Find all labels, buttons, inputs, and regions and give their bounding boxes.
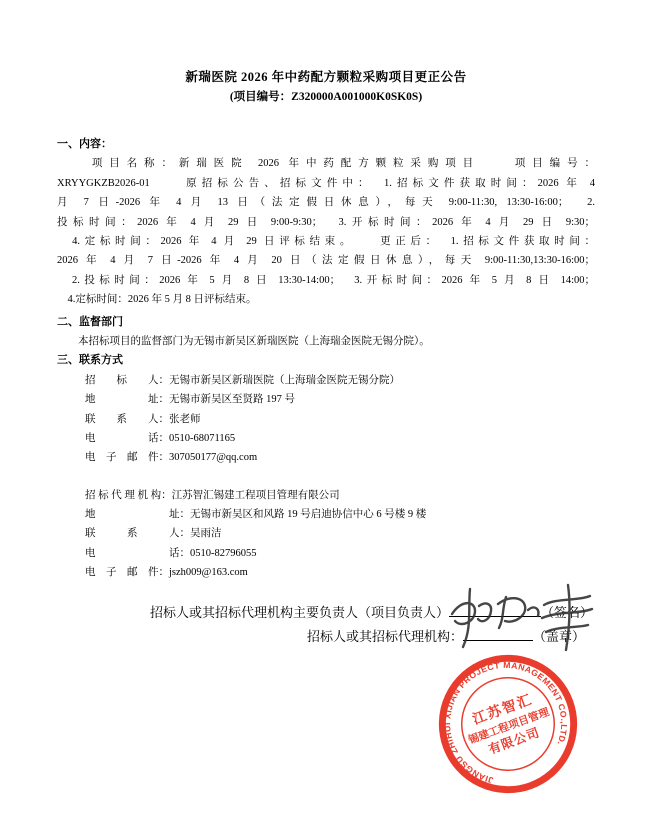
agency-email: jszh009@163.com — [169, 567, 248, 578]
agency-phone: 0510-82796055 — [190, 548, 257, 559]
document-page: 新瑞医院 2026 年中药配方颗粒采购项目更正公告 (项目编号：Z320000A… — [0, 0, 652, 830]
supervision-text: 本招标项目的监督部门为无锡市新吴区新瑞医院（上海瑞金医院无锡分院）。 — [57, 332, 595, 351]
stamp-line-text: 招标人或其招标代理机构： — [307, 629, 463, 644]
row-label: 联 系 人： — [85, 414, 169, 425]
tenderer-name: 无锡市新吴区新瑞医院（上海瑞金医院无锡分院） — [169, 375, 400, 386]
contact-row-address: 地 址：无锡市新吴区至贤路 197 号 — [85, 390, 595, 409]
responsible-person-sign-line: 招标人或其招标代理机构主要负责人（项目负责人）（签名） — [150, 604, 593, 621]
section-heading-supervision: 二、监督部门 — [57, 313, 595, 332]
paragraph-line: 项目名称：新瑞医院 2026 年中药配方颗粒采购项目 项目编号： — [57, 154, 595, 173]
section-heading-content: 一、内容： — [57, 135, 595, 154]
company-seal: JIANGSU ZHIHUI XIJIAN PROJECT MANAGEMENT… — [434, 650, 582, 798]
tenderer-contact-person: 张老师 — [169, 414, 201, 425]
row-label: 地 址： — [85, 509, 190, 520]
row-label: 电 子 邮 件： — [85, 567, 169, 578]
tenderer-address: 无锡市新吴区至贤路 197 号 — [169, 394, 295, 405]
paragraph-line: 月 7 日-2026 年 4 月 13 日（法定假日休息），每天 9:00-11… — [57, 193, 595, 212]
row-label: 电 子 邮 件： — [85, 452, 169, 463]
row-label: 电 话： — [85, 548, 190, 559]
row-label: 电 话： — [85, 433, 169, 444]
sign-suffix: （签名） — [541, 605, 593, 620]
row-label: 联 系 人： — [85, 528, 190, 539]
paragraph-line: 2026 年 4 月 7 日-2026 年 4 月 20 日（法定假日休息），每… — [57, 251, 595, 270]
project-number-subtitle: (项目编号：Z320000A001000K0SK0S) — [57, 87, 595, 107]
row-label: 招 标 人： — [85, 375, 169, 386]
row-label: 招 标 代 理 机 构： — [85, 490, 172, 501]
agency-contact-person: 吴雨洁 — [190, 528, 222, 539]
stamp-suffix: （盖章） — [533, 629, 585, 644]
content-paragraph: 项目名称：新瑞医院 2026 年中药配方颗粒采购项目 项目编号： XRYYGKZ… — [57, 154, 595, 309]
tenderer-contact-block: 招 标 人：无锡市新吴区新瑞医院（上海瑞金医院无锡分院） 地 址：无锡市新吴区至… — [85, 371, 595, 468]
sign-line-text: 招标人或其招标代理机构主要负责人（项目负责人） — [150, 605, 449, 620]
paragraph-line: XRYYGKZB2026-01 原招标公告、招标文件中： 1.招标文件获取时间：… — [57, 174, 595, 193]
paragraph-line: 投标时间：2026 年 4 月 29 日 9:00-9:30； 3.开标时间：2… — [57, 213, 595, 232]
contact-row-phone: 电 话：0510-82796055 — [85, 544, 595, 563]
contact-row-agency: 招 标 代 理 机 构：江苏智汇锡建工程项目管理有限公司 — [85, 486, 595, 505]
contact-row-phone: 电 话：0510-68071165 — [85, 429, 595, 448]
tenderer-phone: 0510-68071165 — [169, 433, 235, 444]
document-content: 新瑞医院 2026 年中药配方颗粒采购项目更正公告 (项目编号：Z320000A… — [0, 0, 652, 583]
contact-row-email: 电 子 邮 件：jszh009@163.com — [85, 563, 595, 582]
signature-blank-line — [449, 604, 541, 617]
agency-address: 无锡市新吴区和风路 19 号启迪协信中心 6 号楼 9 楼 — [190, 509, 426, 520]
contact-row-email: 电 子 邮 件：307050177@qq.com — [85, 448, 595, 467]
paragraph-line: 4.定标时间：2026 年 5 月 8 日评标结束。 — [57, 290, 595, 309]
section-heading-contact: 三、联系方式 — [57, 351, 595, 370]
contact-row-person: 联 系 人：张老师 — [85, 410, 595, 429]
row-label: 地 址： — [85, 394, 169, 405]
agency-contact-block: 招 标 代 理 机 构：江苏智汇锡建工程项目管理有限公司 地 址：无锡市新吴区和… — [85, 486, 595, 583]
paragraph-line: 2.投标时间：2026 年 5 月 8 日 13:30-14:00； 3.开标时… — [57, 271, 595, 290]
stamp-blank-line — [463, 628, 533, 641]
contact-row-tenderer: 招 标 人：无锡市新吴区新瑞医院（上海瑞金医院无锡分院） — [85, 371, 595, 390]
agency-name: 江苏智汇锡建工程项目管理有限公司 — [172, 490, 340, 501]
agency-stamp-line: 招标人或其招标代理机构：（盖章） — [307, 628, 585, 645]
contact-row-person: 联 系 人：吴雨洁 — [85, 524, 595, 543]
tenderer-email: 307050177@qq.com — [169, 452, 257, 463]
contact-row-address: 地 址：无锡市新吴区和风路 19 号启迪协信中心 6 号楼 9 楼 — [85, 505, 595, 524]
paragraph-line: 4.定标时间：2026 年 4 月 29 日评标结束。 更正后： 1.招标文件获… — [57, 232, 595, 251]
document-title: 新瑞医院 2026 年中药配方颗粒采购项目更正公告 — [57, 68, 595, 87]
